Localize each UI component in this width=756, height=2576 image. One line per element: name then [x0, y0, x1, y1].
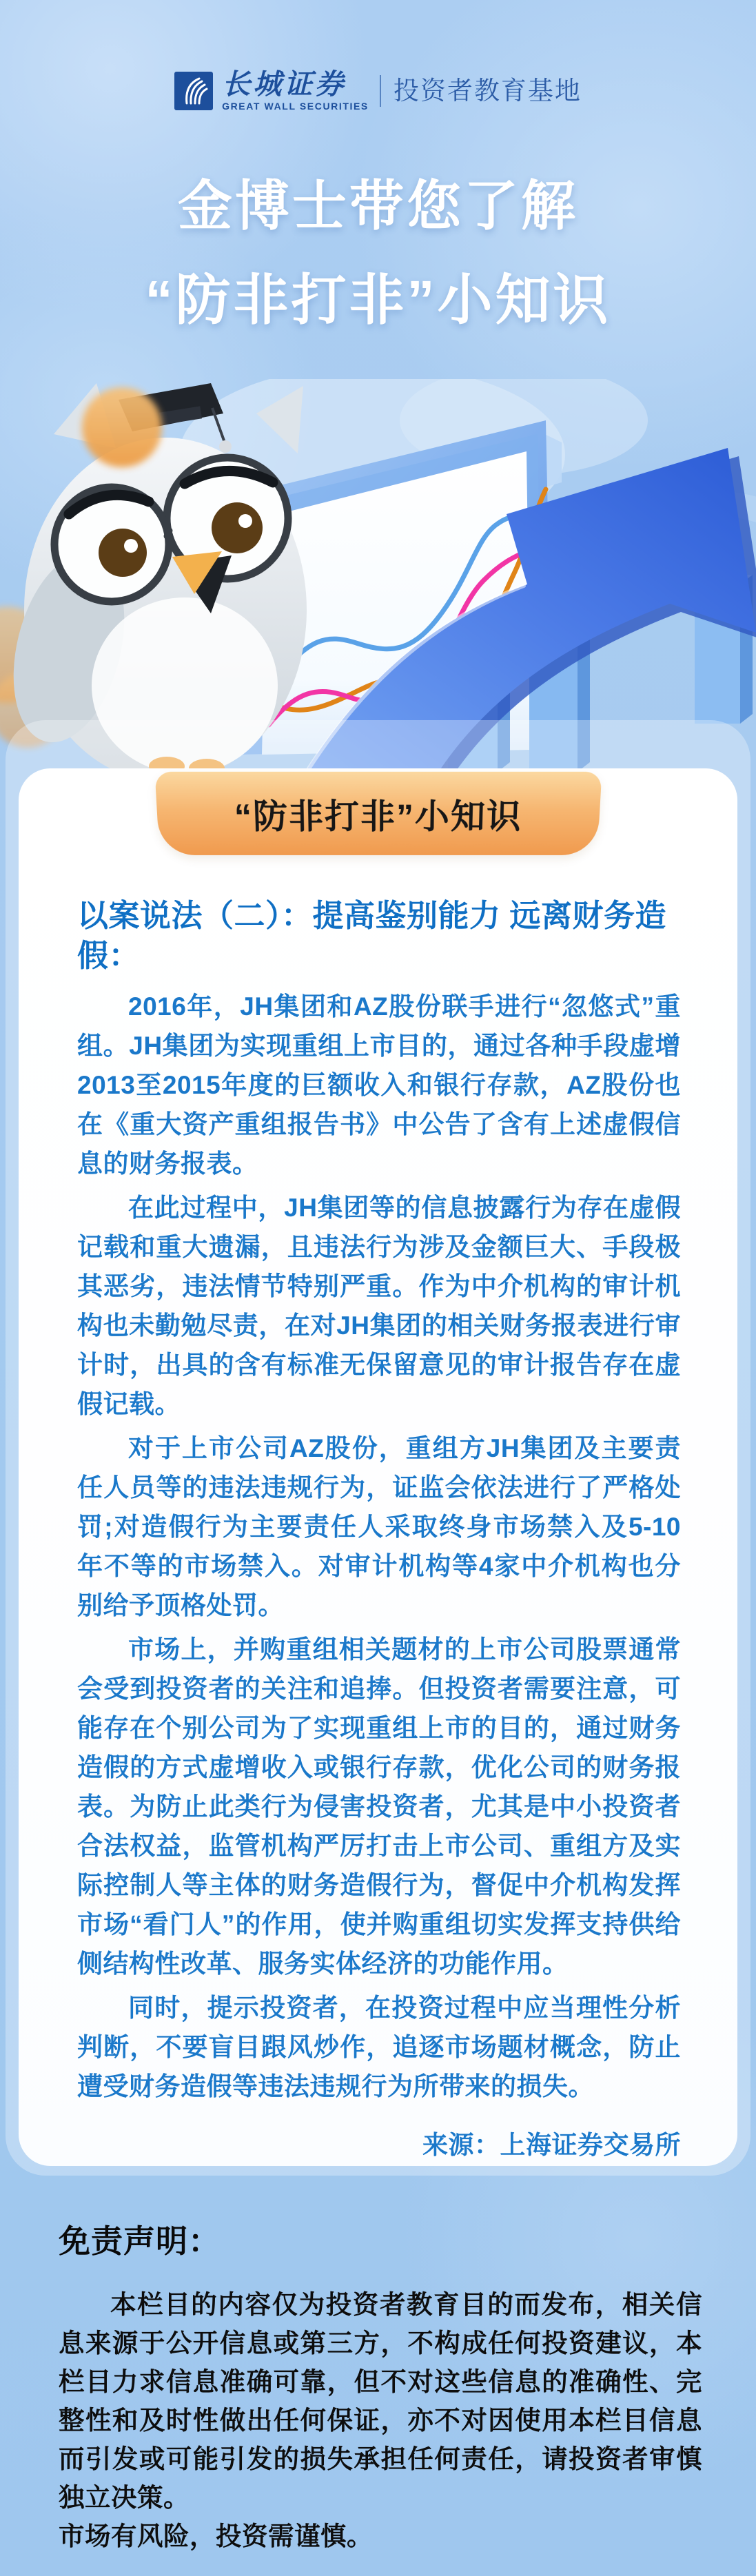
- article: 以案说法（二）：提高鉴别能力 远离财务造假： 2016年，JH集团和AZ股份联手…: [77, 896, 681, 2161]
- disclaimer-title: 免责声明：: [59, 2216, 702, 2262]
- hero-title-line2: “防非打非”小知识: [0, 269, 756, 332]
- article-paragraph: 市场上，并购重组相关题材的上市公司股票通常会受到投资者的关注和追捧。但投资者需要…: [77, 1630, 681, 1983]
- topic-badge-label: “防非打非”小知识: [233, 789, 523, 838]
- article-source: 来源：上海证券交易所: [77, 2124, 681, 2161]
- topic-badge: “防非打非”小知识: [154, 772, 602, 855]
- owl-chart-arrow-illustration: [0, 379, 756, 772]
- hero-title-line1: 金博士带您了解: [0, 175, 756, 238]
- disclaimer-tagline: 市场有风险，投资需谨慎。: [59, 2517, 702, 2555]
- disclaimer-body: 本栏目的内容仅为投资者教育目的而发布，相关信息来源于公开信息或第三方，不构成任何…: [59, 2285, 702, 2517]
- article-title: 以案说法（二）：提高鉴别能力 远离财务造假：: [77, 896, 681, 976]
- owl-eye: [99, 529, 147, 577]
- brand-name-cn: 长城证券: [222, 70, 346, 99]
- brand-header: 长城证券 GREAT WALL SECURITIES 投资者教育基地: [0, 70, 756, 111]
- platform-name: 投资者教育基地: [394, 78, 582, 103]
- brand-divider: [380, 75, 381, 107]
- great-wall-logo-icon: [174, 72, 213, 110]
- article-paragraph: 在此过程中，JH集团等的信息披露行为存在虚假记载和重大遗漏，且违法行为涉及金额巨…: [77, 1188, 681, 1424]
- article-paragraph: 对于上市公司AZ股份，重组方JH集团及主要责任人员等的违法违规行为，证监会依法进…: [77, 1429, 681, 1625]
- investor-education-poster: 长城证券 GREAT WALL SECURITIES 投资者教育基地 金博士带您…: [0, 0, 756, 2576]
- gold-coin-icon: [82, 387, 162, 467]
- article-paragraph: 2016年，JH集团和AZ股份联手进行“忽悠式”重组。JH集团为实现重组上市目的…: [77, 987, 681, 1183]
- owl-eye: [212, 502, 263, 553]
- article-paragraph: 同时，提示投资者，在投资过程中应当理性分析判断，不要盲目跟风炒作，追逐市场题材概…: [77, 1988, 681, 2106]
- brand-name-en: GREAT WALL SECURITIES: [222, 101, 369, 111]
- brand-text-block: 长城证券 GREAT WALL SECURITIES: [222, 70, 369, 111]
- disclaimer-section: 免责声明： 本栏目的内容仅为投资者教育目的而发布，相关信息来源于公开信息或第三方…: [59, 2216, 702, 2555]
